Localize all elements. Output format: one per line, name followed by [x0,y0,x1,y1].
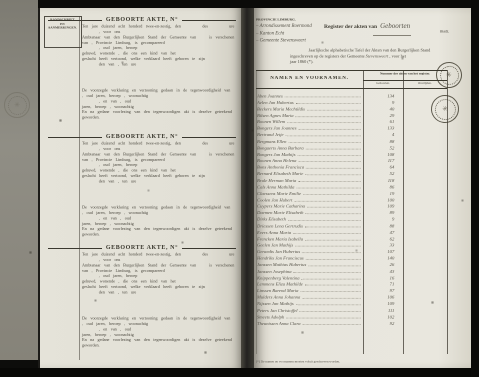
dotted-leader [296,111,361,116]
section-header: GEBOORTE AKTE, N° [48,17,236,23]
table-row: Theunissen Anna Clara92 [257,319,401,325]
witness-paragraph: De voorzegde verklaring en vertooning ge… [82,316,236,348]
dotted-leader [297,150,360,155]
form-body-paragraph: Ten jare duizend acht honderd twee-en-ze… [82,252,236,295]
header-rule-left [48,137,102,138]
sub-header-1: Geboorten. [365,82,401,85]
dotted-leader [300,287,360,292]
register-title-underline [373,35,411,36]
round-seal-stamp-bottom [429,93,461,125]
dotted-leader [302,248,361,253]
section-header-text: GEBOORTE AKTE, N° [106,134,178,140]
register-title-value: Geboorten [380,22,410,30]
intro-paragraph: Jaarlijksche alphabetische Tafel der Akt… [290,48,456,65]
number-header-rule [363,80,447,81]
table-header-bottom-rule [256,88,447,89]
header-rule-left [48,248,102,249]
footnote: (*) De namen en voornamen moeten voluit … [256,360,412,364]
dotted-leader [306,254,361,259]
row-name: Theunissen Anna Clara [257,321,301,327]
section-header-text: GEBOORTE AKTE, N° [106,245,178,251]
header-rule-left [48,20,102,21]
dotted-leader [303,319,361,324]
dotted-leader [299,124,361,129]
margin-box-line: AANMERKINGEN. [45,26,80,30]
intro-gemeente-handwritten: Stevensweert [366,54,389,59]
dotted-leader [296,98,361,103]
form-margin-note: ure [229,24,234,29]
scan-noise-speckles [0,0,1,1]
faint-round-stamp-left [4,92,30,118]
dotted-leader [307,202,361,207]
dotted-leader [308,261,360,266]
scan-border-top [0,0,479,8]
left-page-margin-rule [79,16,80,360]
witness-line: En na gedane voorlezing van den tegenwoo… [82,338,236,349]
dotted-leader [306,144,361,149]
dotted-leader [307,105,361,110]
dotted-leader [287,118,361,123]
row-act-number: 92 [363,321,401,327]
witness-line: En na gedane voorlezing van den tegenwoo… [82,227,236,238]
dotted-leader [298,157,360,162]
corner-handwritten-line: – Arrondissement Roermond [256,22,321,29]
witness-paragraph: De voorzegde verklaring en vertooning ge… [82,88,236,120]
scan-border-right [471,0,479,377]
table-col-rule-2 [403,70,404,354]
dotted-leader [298,176,360,181]
section-header: GEBOORTE AKTE, N° [48,134,236,140]
corner-handwritten-line: – Gemeente Stevensweert [256,36,321,43]
scan-border-bottom [0,368,479,377]
witness-line: En na gedane voorlezing van den tegenwoo… [82,110,236,121]
dotted-leader [305,280,361,285]
witness-paragraph: De voorzegde verklaring en vertooning ge… [82,205,236,237]
header-rule-right [182,20,236,21]
bladz-label: Bladz. [440,30,449,34]
dotted-leader [296,300,361,305]
dotted-leader [295,241,360,246]
form-margin-note: ure [229,141,234,146]
dotted-leader [294,196,360,201]
dotted-leader [300,306,361,311]
scanner-bed-left [0,0,38,360]
dotted-leader [285,92,361,97]
names-column-header: NAMEN EN VOORNAMEN. [256,76,363,81]
left-page: RANDSCHRIFTENAANMERKINGEN. GEBOORTE AKTE… [38,8,243,368]
scanned-registry-spread: { "left_page": { "margin_box_lines": ["R… [0,0,479,377]
intro-line-2-pre: ingeschreven op de registers der Gemeent… [290,54,366,59]
dotted-leader [302,293,360,298]
dotted-leader [293,228,361,233]
form-margin-note: is verschenen [209,152,234,157]
form-line: den van , ten ure [82,179,236,184]
corner-block: PROVINCIE LIMBURG. – Arrondissement Roer… [256,18,321,43]
form-margin-note: is verschenen [209,35,234,40]
form-line: den van , ten ure [82,62,236,67]
dotted-leader [305,209,360,214]
section-header: GEBOORTE AKTE, N° [48,245,236,251]
form-body-paragraph: Ten jare duizend acht honderd twee-en-ze… [82,24,236,67]
form-margin-note: des [202,141,208,146]
dotted-leader [296,183,360,188]
register-title: Register der akten van Geboorten [324,22,410,30]
dotted-leader [305,235,361,240]
intro-line-3: jaar 1860 (*). [290,59,456,65]
form-line: den van , ten ure [82,290,236,295]
dotted-leader [288,137,360,142]
form-body-paragraph: Ten jare duizend acht honderd twee-en-ze… [82,141,236,184]
dotted-leader [286,131,361,136]
right-page: PROVINCIE LIMBURG. – Arrondissement Roer… [254,8,471,368]
number-column-header: Nummer der akten van het register. [363,72,447,76]
header-rule-right [182,137,236,138]
book-binding [241,8,254,368]
form-margin-note: des [202,252,208,257]
dotted-leader [302,274,361,279]
table-top-rule [256,70,447,71]
dotted-leader [303,189,360,194]
section-header-text: GEBOORTE AKTE, N° [106,17,178,23]
corner-handwritten-line: – Kanton Echt [256,29,321,36]
form-margin-note: des [202,24,208,29]
dotted-leader [305,222,361,227]
register-rows: Aben Joannes134Aelen Jan Hubertus9Becker… [257,92,401,326]
header-rule-right [182,248,236,249]
dotted-leader [306,163,361,168]
intro-line-2-post: , voor het [388,54,406,59]
corner-handwritten-lines: – Arrondissement Roermond– Kanton Echt– … [256,22,321,43]
register-title-label: Register der akten van [324,24,377,30]
form-margin-note: ure [229,252,234,257]
form-margin-note: is verschenen [209,263,234,268]
dotted-leader [305,170,360,175]
